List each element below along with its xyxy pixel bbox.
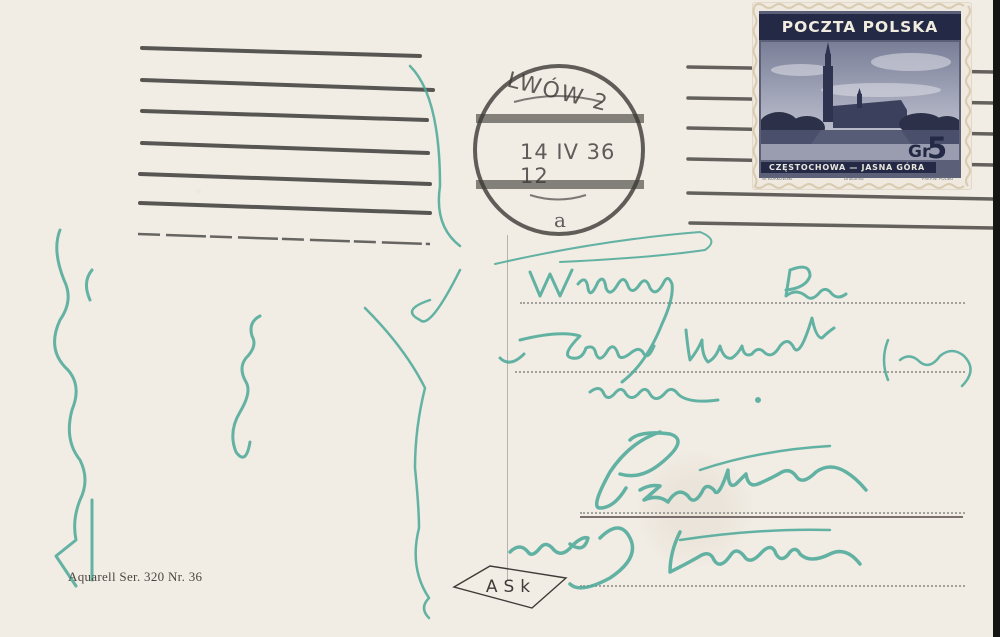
publisher-logo: ASk [452, 562, 570, 612]
postcard-verso: POCZTA POLSKA [0, 0, 993, 637]
publisher-line: Aquarell Ser. 320 Nr. 36 [68, 569, 202, 585]
stamp-country: POCZTA POLSKA [759, 14, 961, 40]
logo-text: ASk [452, 562, 570, 612]
postmark-date: 14 IV 36 12 [520, 140, 650, 188]
stamp-denomination: 5 [927, 131, 947, 165]
scan-edge [993, 0, 1000, 637]
stamp-fine-print-right: P.W.P.W. POLSKI [922, 176, 953, 181]
postmark-letter: a [554, 208, 566, 232]
address-line-1 [520, 302, 965, 304]
address-line-3 [580, 512, 965, 514]
address-line-4 [580, 585, 965, 587]
postmark: LWÓW 2 14 IV 36 12 a [470, 62, 650, 242]
stamp-caption: CZĘSTOCHOWA — JASNA GÓRA [761, 162, 936, 173]
address-line-2 [515, 371, 965, 373]
address-line-3-underline [580, 516, 963, 518]
stamp-fine-print-left: W. BORKOWSKI [762, 176, 793, 181]
stamp-fine-print-center: Drukarnia [844, 176, 864, 181]
postage-stamp: POCZTA POLSKA [752, 2, 972, 190]
message-address-divider [507, 235, 508, 580]
